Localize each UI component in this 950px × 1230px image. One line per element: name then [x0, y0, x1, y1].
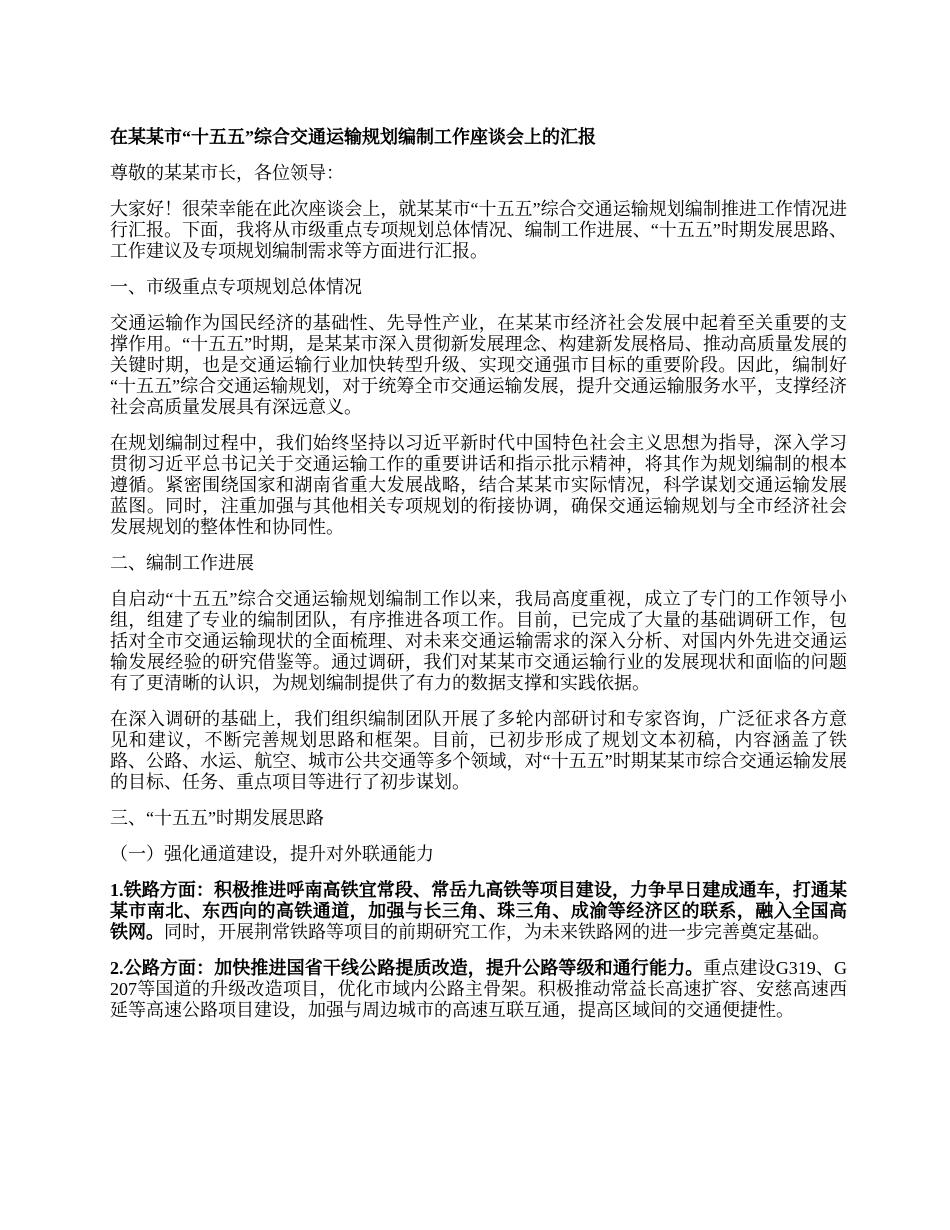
subsection-heading-3-1: （一）强化通道建设，提升对外联通能力 — [110, 844, 847, 865]
section-heading-2: 二、编制工作进展 — [110, 553, 847, 574]
paragraph-overview-2: 在规划编制过程中，我们始终坚持以习近平新时代中国特色社会主义思想为指导，深入学习… — [110, 433, 847, 538]
document-page: 在某某市“十五五”综合交通运输规划编制工作座谈会上的汇报 尊敬的某某市长，各位领… — [0, 0, 950, 1230]
paragraph-railway-rest: 同时，开展荆常铁路等项目的前期研究工作，为未来铁路网的进一步完善奠定基础。 — [164, 922, 830, 942]
paragraph-progress-2: 在深入调研的基础上，我们组织编制团队开展了多轮内部研讨和专家咨询，广泛征求各方意… — [110, 709, 847, 793]
page-title: 在某某市“十五五”综合交通运输规划编制工作座谈会上的汇报 — [110, 127, 847, 148]
section-heading-3: 三、“十五五”时期发展思路 — [110, 808, 847, 829]
paragraph-railway: 1.铁路方面：积极推进呼南高铁宜常段、常岳九高铁等项目建设，力争早日建成通车，打… — [110, 880, 847, 943]
section-heading-1: 一、市级重点专项规划总体情况 — [110, 277, 847, 298]
paragraph-highway: 2.公路方面：加快推进国省干线公路提质改造，提升公路等级和通行能力。重点建设G3… — [110, 958, 847, 1021]
paragraph-progress-1: 自启动“十五五”综合交通运输规划编制工作以来，我局高度重视，成立了专门的工作领导… — [110, 589, 847, 694]
paragraph-highway-lead: 2.公路方面：加快推进国省干线公路提质改造，提升公路等级和通行能力。 — [110, 958, 703, 978]
paragraph-overview-1: 交通运输作为国民经济的基础性、先导性产业，在某某市经济社会发展中起着至关重要的支… — [110, 313, 847, 418]
salutation: 尊敬的某某市长，各位领导： — [110, 163, 847, 184]
paragraph-opening: 大家好！很荣幸能在此次座谈会上，就某某市“十五五”综合交通运输规划编制推进工作情… — [110, 199, 847, 262]
